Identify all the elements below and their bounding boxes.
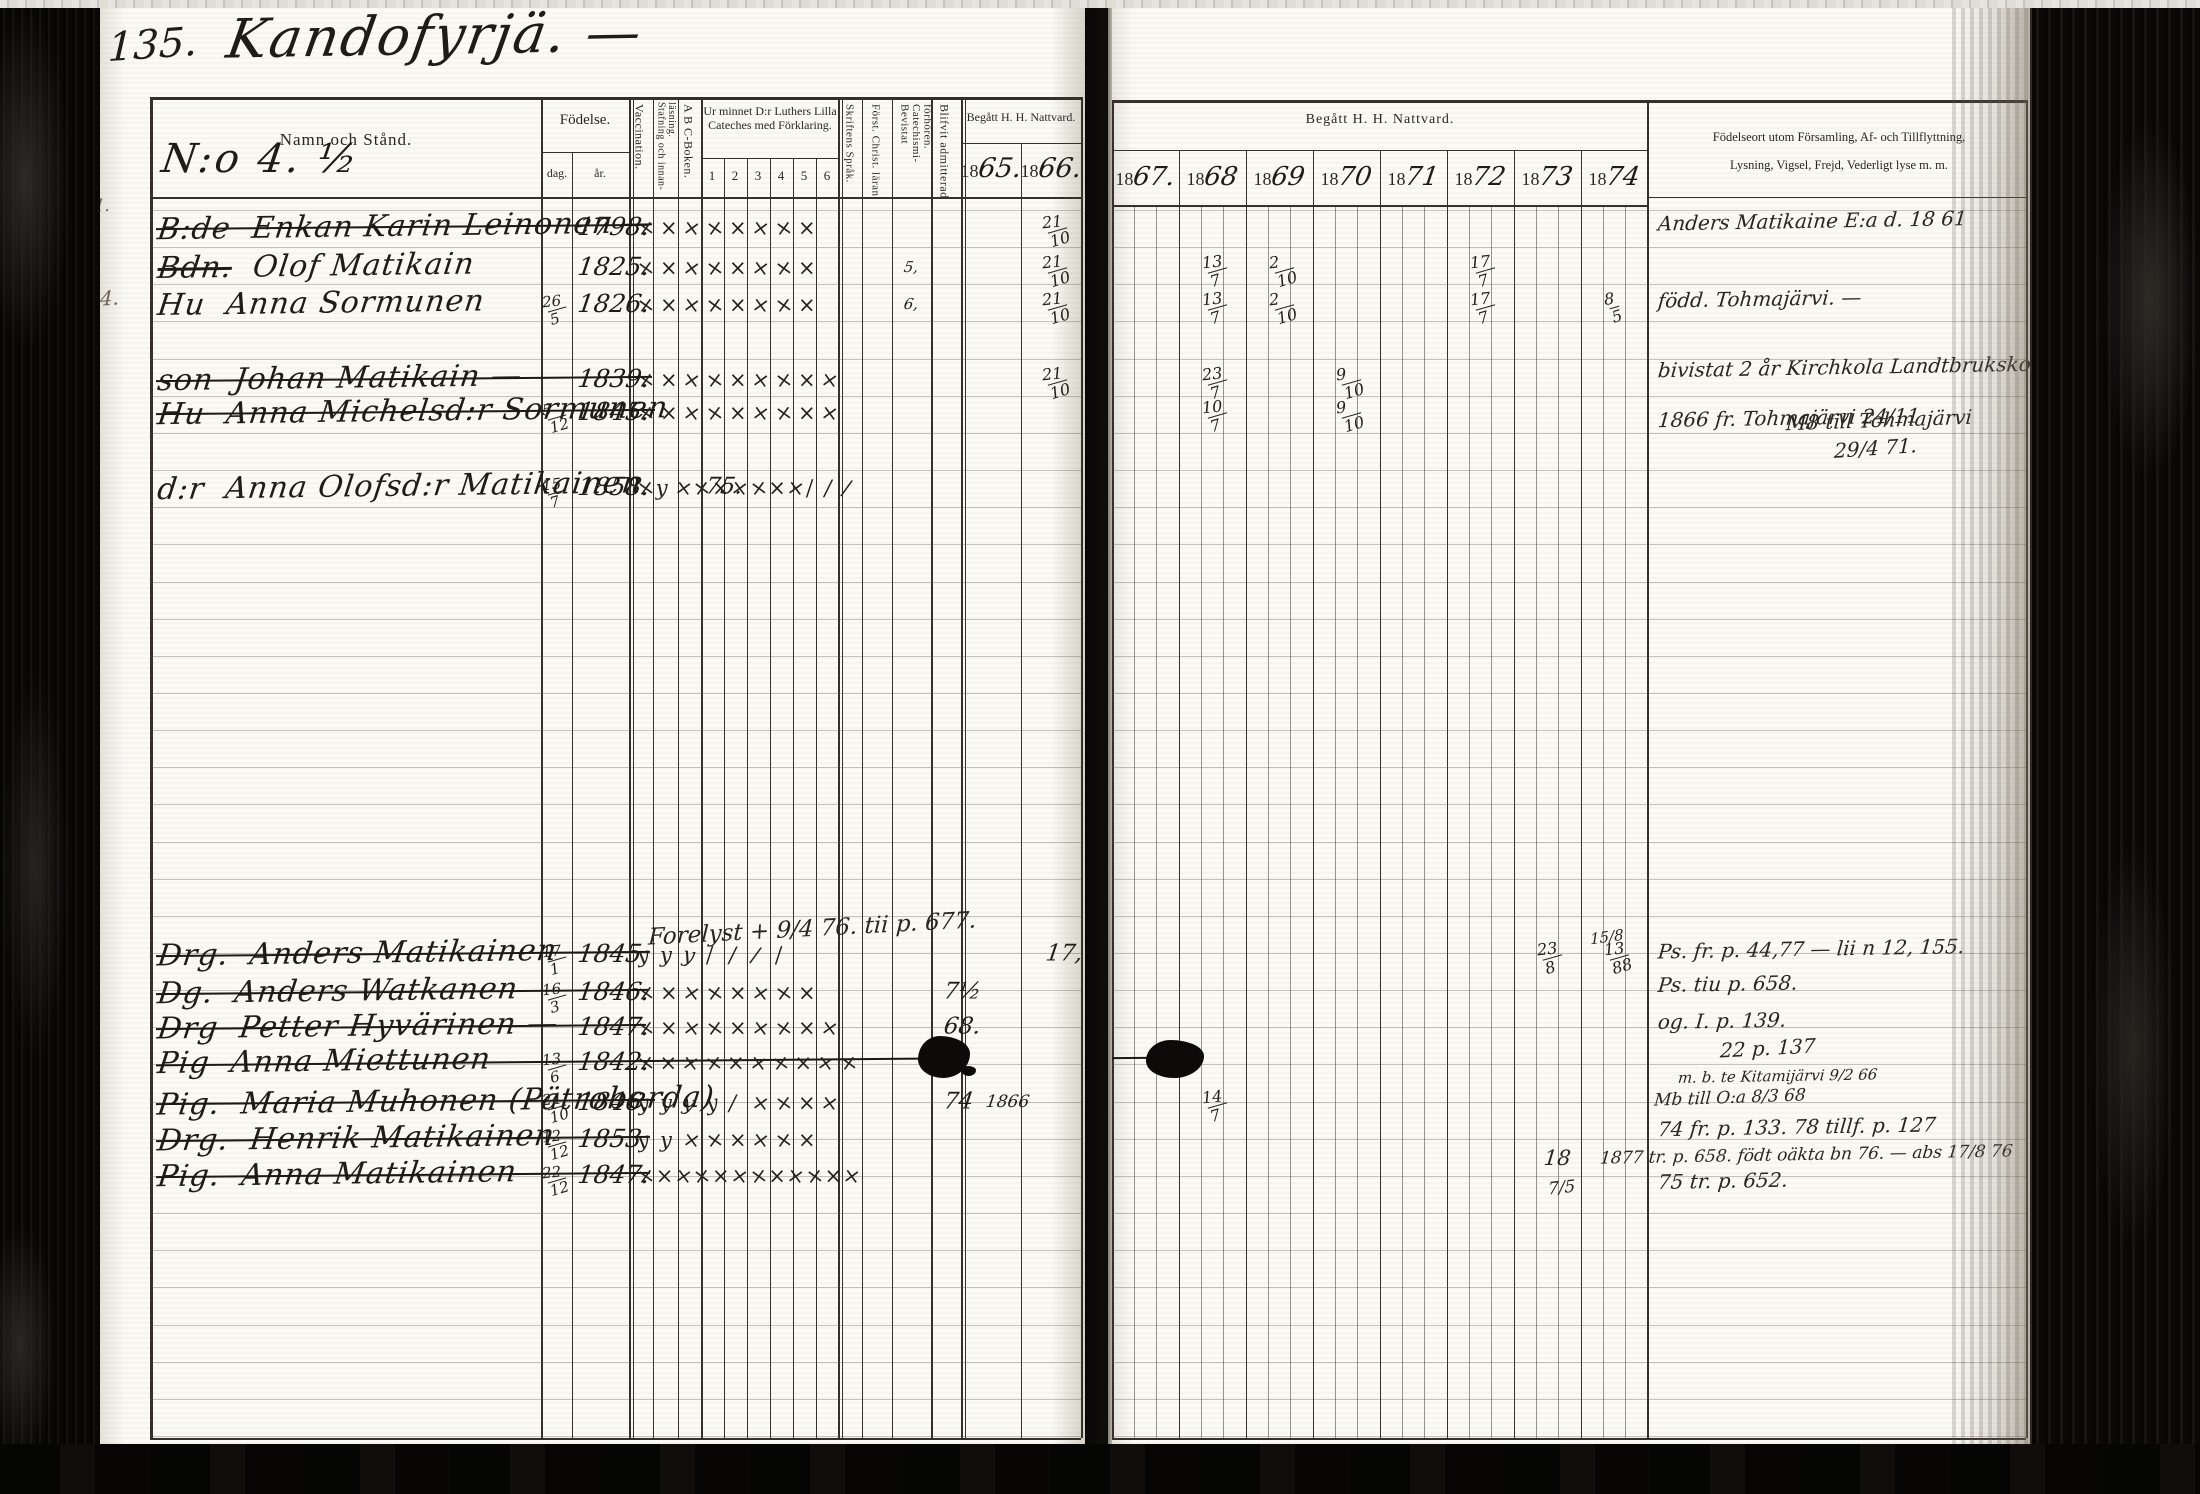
year-subcolumn-line: [1290, 205, 1291, 1438]
year-column-line: [1647, 100, 1649, 1438]
book-gutter: [1085, 0, 1112, 1494]
progress-mark: ×: [773, 215, 794, 241]
ruled-line: [150, 1325, 1081, 1326]
header-line: [1112, 1438, 2026, 1440]
progress-mark: ×: [773, 255, 794, 281]
header-line: [1112, 205, 1647, 207]
progress-mark: ×: [704, 292, 725, 318]
ruled-line: [1112, 730, 2026, 731]
column-line: [1021, 143, 1022, 1438]
progress-mark: ×: [798, 1016, 816, 1040]
progress-mark: ×: [660, 981, 678, 1005]
header-line: [150, 197, 1081, 199]
handwritten-fraction: 171: [544, 943, 566, 977]
progress-mark: ×: [750, 255, 771, 281]
ruled-line: [150, 359, 1081, 360]
ruled-line: [150, 321, 1081, 322]
progress-mark: ×: [768, 1164, 786, 1188]
progress-mark: ×: [635, 1015, 656, 1041]
progress-mark: ×: [798, 401, 816, 425]
year-column-line: [1581, 150, 1582, 1438]
handwritten-fraction: 136: [544, 1051, 566, 1085]
progress-mark: ×: [798, 981, 816, 1005]
floating-annotation: 22 p. 137: [1719, 1033, 1816, 1062]
year-label: 1873: [1521, 162, 1572, 192]
progress-mark: ×: [635, 400, 656, 426]
communion-entry: 7½: [942, 979, 983, 1005]
ruled-line: [150, 693, 1081, 694]
birth-year: 1853: [576, 1124, 644, 1153]
communion-entry: 74: [942, 1089, 975, 1115]
progress-mark: ×: [704, 367, 725, 393]
ruled-line: [1112, 619, 2026, 620]
year-label: 1870: [1320, 162, 1371, 192]
year-subcolumn-line: [1558, 205, 1559, 1438]
ruled-line: [150, 1436, 1081, 1437]
progress-mark: ×: [798, 368, 816, 392]
handwritten-fraction: 2110: [1044, 365, 1068, 401]
handwritten-fraction: 910: [1338, 398, 1362, 434]
column-line: [724, 158, 725, 1438]
progress-mark: ×: [635, 255, 656, 281]
progress-mark: ×: [798, 293, 816, 317]
handwritten-fraction: 157: [544, 476, 566, 510]
year-label: 1868: [1186, 162, 1237, 192]
progress-mark: ×: [750, 1015, 771, 1041]
ruled-line: [150, 247, 1081, 248]
progress-mark: ×: [768, 476, 786, 500]
handwritten-fraction: 210: [1271, 253, 1295, 289]
progress-mark: ×: [635, 292, 656, 318]
progress-mark: ×: [727, 1051, 745, 1075]
progress-mark: ×: [729, 401, 747, 425]
col-header-birth-year: år.: [594, 166, 606, 181]
ruled-line: [1112, 1213, 2026, 1214]
ruled-line: [1112, 1325, 2026, 1326]
year-label: 1869: [1253, 162, 1304, 192]
marginal-note: född. Tohmajärvi. —: [1657, 285, 1863, 313]
marginal-note: 75 tr. p. 652.: [1657, 1168, 1789, 1194]
progress-mark: ×: [660, 401, 678, 425]
col-header-scripture: Skriftens Språk.: [843, 104, 855, 200]
progress-mark: ×: [680, 1050, 701, 1076]
progress-mark: ×: [660, 368, 678, 392]
progress-mark: ×: [681, 1127, 702, 1153]
progress-mark: ×: [729, 981, 747, 1005]
col-header-name: Namn och Stånd.: [280, 130, 413, 150]
progress-mark: ×: [770, 1050, 791, 1076]
ruled-line: [1112, 247, 2026, 248]
year-column-line: [1447, 150, 1448, 1438]
progress-mark: ×: [729, 368, 747, 392]
year-label: 1865.: [961, 153, 1022, 184]
col-header-admitted: Blifvit admitterad: [938, 104, 951, 200]
ruled-line: [1112, 1399, 2026, 1400]
torn-right-edge: [2032, 0, 2200, 1494]
ruled-line: [1112, 879, 2026, 880]
handwritten-fraction: 1212: [544, 1128, 566, 1162]
progress-mark: ×: [704, 215, 725, 241]
progress-mark: ×: [660, 256, 678, 280]
luther-col-number: 2: [732, 168, 739, 184]
progress-mark: ×: [748, 1163, 769, 1189]
column-line: [572, 152, 573, 1438]
progress-mark: ×: [704, 980, 725, 1006]
handwritten-fraction: 177: [1472, 253, 1496, 289]
ruled-line: [1112, 1139, 2026, 1140]
progress-mark: ×: [660, 1051, 678, 1075]
floating-annotation: 7/5: [1548, 1177, 1575, 1200]
progress-mark: ×: [825, 1164, 843, 1188]
progress-mark: y: [656, 476, 668, 500]
ruled-line: [150, 544, 1081, 545]
ruled-line: [1112, 804, 2026, 805]
ruled-line: [150, 507, 1081, 508]
col-header-vaccination: Vaccination.: [633, 104, 646, 200]
progress-mark: ×: [773, 980, 794, 1006]
progress-mark: ×: [750, 980, 771, 1006]
year-column-line: [1380, 150, 1381, 1438]
progress-mark: ×: [750, 1090, 771, 1116]
progress-mark: ×: [681, 400, 702, 426]
ruled-line: [1112, 1027, 2026, 1028]
ruled-line: [1112, 396, 2026, 397]
progress-mark: ×: [819, 1015, 840, 1041]
page-number: 135.: [107, 19, 198, 71]
ruled-line: [1112, 1064, 2026, 1065]
ruled-line: [150, 619, 1081, 620]
handwritten-fraction: 2110: [1044, 290, 1068, 326]
table-row-name: Bdn. Olof Matikain: [155, 247, 476, 286]
progress-mark: ×: [798, 256, 816, 280]
handwritten-fraction: 147: [1204, 1088, 1228, 1124]
progress-mark: ×: [750, 367, 771, 393]
progress-mark: /: [729, 1091, 736, 1115]
progress-mark: ×: [819, 1090, 840, 1116]
progress-mark: ×: [804, 1163, 825, 1189]
ruled-line: [150, 1287, 1081, 1288]
progress-mark: ×: [838, 1050, 859, 1076]
handwritten-fraction: 210: [1271, 290, 1295, 326]
year-subcolumn-line: [1201, 205, 1202, 1438]
column-line: [793, 158, 794, 1438]
communion-entry: 1866: [985, 1092, 1031, 1112]
year-label: 1872: [1454, 162, 1505, 192]
year-column-line: [1112, 100, 1114, 1438]
marginal-note: og. I. p. 139.: [1657, 1008, 1787, 1034]
ruled-line: [150, 1362, 1081, 1363]
progress-mark: y: [660, 1091, 672, 1115]
progress-mark: ×: [729, 216, 747, 240]
ruled-line: [1112, 470, 2026, 471]
progress-mark: ×: [773, 1127, 794, 1153]
year-subcolumn-line: [1536, 205, 1537, 1438]
progress-mark: ×: [748, 1050, 769, 1076]
column-line: [1081, 97, 1083, 1438]
page-title: Kandofyrjä. —: [222, 0, 647, 70]
progress-mark: ×: [635, 1163, 656, 1189]
ruled-line: [150, 433, 1081, 434]
col-header-birth-day: dag.: [547, 166, 567, 181]
year-subcolumn-line: [1491, 205, 1492, 1438]
page-edge-texture: [1952, 8, 2032, 1444]
progress-mark: ×: [704, 1015, 725, 1041]
ruled-line: [1112, 433, 2026, 434]
ruled-line: [150, 804, 1081, 805]
col-header-notes-line1: Födelseort utom Församling, Af- och Till…: [1713, 130, 1965, 145]
progress-mark: ×: [815, 1050, 836, 1076]
progress-mark: ×: [660, 293, 678, 317]
communion-entry: 6,: [903, 295, 920, 313]
marginal-note: 74 fr. p. 133. 78 tillf. p. 127: [1657, 1112, 1937, 1141]
handwritten-fraction: 237: [1204, 365, 1228, 401]
progress-mark: ×: [704, 1127, 725, 1153]
year-column-line: [1313, 150, 1314, 1438]
ruled-line: [150, 1399, 1081, 1400]
progress-mark: ×: [635, 1050, 656, 1076]
progress-mark: ×: [819, 367, 840, 393]
progress-mark: ×: [681, 1015, 702, 1041]
ruled-line: [1112, 1250, 2026, 1251]
progress-mark: ×: [635, 215, 656, 241]
progress-mark: ×: [660, 1016, 678, 1040]
year-label: 1867.: [1115, 162, 1174, 192]
communion-entry: 17,: [1044, 941, 1084, 967]
birth-year: 1845: [576, 939, 644, 968]
scanned-parish-register-spread: 135. Kandofyrjä. — N:o 4. ½ Namn och Stå…: [0, 0, 2200, 1494]
progress-mark: /: [729, 943, 736, 967]
ruled-line: [1112, 990, 2026, 991]
table-row-name: d:r Anna Olofsd:r Matikainen: [155, 465, 644, 507]
ruled-line: [1112, 916, 2026, 917]
year-subcolumn-line: [1335, 205, 1336, 1438]
handwritten-fraction: 512: [544, 401, 566, 435]
year-subcolumn-line: [1469, 205, 1470, 1438]
header-line: [961, 143, 1081, 144]
progress-mark: ×: [704, 255, 725, 281]
progress-mark: ×: [660, 216, 678, 240]
year-label: 1874: [1588, 162, 1639, 192]
ruled-line: [150, 730, 1081, 731]
progress-mark: ×: [729, 1163, 750, 1189]
progress-mark: /: [825, 476, 832, 500]
handwritten-fraction: 265: [544, 293, 566, 327]
progress-mark: ×: [750, 292, 771, 318]
year-label: 1866.: [1021, 153, 1082, 184]
ruled-line: [1112, 1436, 2026, 1437]
ruled-line: [1112, 321, 2026, 322]
progress-mark: ×: [656, 1164, 674, 1188]
header-line: [150, 1438, 1081, 1440]
floating-annotation: 18: [1543, 1146, 1572, 1170]
handwritten-fraction: 2110: [1044, 253, 1068, 289]
progress-mark: ×: [635, 980, 656, 1006]
marginal-note: Ps. tiu p. 658.: [1657, 971, 1799, 997]
progress-mark: ×: [729, 256, 747, 280]
communion-entry: 5,: [903, 258, 920, 276]
progress-mark: ×: [729, 1016, 747, 1040]
handwritten-fraction: 177: [1472, 290, 1496, 326]
progress-mark: ×: [819, 400, 840, 426]
col-header-christianity: Först. Christ. läran.: [869, 104, 881, 200]
col-header-birth: Födelse.: [560, 112, 610, 129]
year-subcolumn-line: [1156, 205, 1157, 1438]
progress-mark: ×: [773, 367, 794, 393]
column-line: [770, 158, 771, 1438]
ruled-line: [150, 582, 1081, 583]
progress-mark: ×: [729, 1128, 747, 1152]
col-header-catechism-meetings: Bevistat Catechismi-förhören.: [898, 104, 928, 200]
progress-mark: ×: [635, 367, 656, 393]
year-column-line: [1514, 150, 1515, 1438]
progress-mark: ×: [785, 1163, 806, 1189]
communion-entry: 75.: [704, 474, 744, 500]
year-subcolumn-line: [1603, 205, 1604, 1438]
luther-col-number: 4: [778, 168, 785, 184]
torn-left-edge: [0, 0, 100, 1494]
progress-mark: ×: [681, 367, 702, 393]
column-line: [747, 158, 748, 1438]
progress-mark: ×: [773, 1090, 794, 1116]
progress-mark: ×: [681, 255, 702, 281]
handwritten-fraction: 910: [1338, 365, 1362, 401]
year-subcolumn-line: [1625, 205, 1626, 1438]
header-line: [1112, 150, 1647, 151]
progress-mark: ×: [748, 475, 769, 501]
ruled-line: [1112, 507, 2026, 508]
col-header-abc-book: A B C-Boken.: [682, 104, 695, 200]
year-subcolumn-line: [1134, 205, 1135, 1438]
top-edge: [0, 0, 2200, 8]
ruled-line: [1112, 842, 2026, 843]
header-line: [1112, 100, 2026, 103]
ruled-line: [150, 1250, 1081, 1251]
year-subcolumn-line: [1424, 205, 1425, 1438]
ruled-line: [1112, 693, 2026, 694]
torn-bottom-edge: [0, 1444, 2200, 1494]
ruled-line: [1112, 544, 2026, 545]
column-line: [816, 158, 817, 1438]
header-line: [701, 158, 838, 159]
progress-mark: ×: [681, 980, 702, 1006]
progress-mark: ×: [773, 292, 794, 318]
year-column-line: [1246, 150, 1247, 1438]
col-header-luther: Ur minnet D:r Luthers Lilla Cateches med…: [703, 104, 837, 133]
progress-mark: ×: [785, 475, 806, 501]
col-header-spelling: Stafning och innan-läsning.: [655, 102, 676, 198]
ruled-line: [150, 879, 1081, 880]
ruled-line: [1112, 284, 2026, 285]
luther-col-number: 1: [709, 168, 716, 184]
col-header-communion-left: Begått H. H. Nattvard.: [967, 110, 1076, 125]
ruled-line: [1112, 582, 2026, 583]
progress-mark: ×: [773, 400, 794, 426]
ruled-line: [150, 842, 1081, 843]
progress-mark: ×: [704, 400, 725, 426]
progress-mark: ×: [750, 1127, 771, 1153]
progress-mark: ×: [798, 1128, 816, 1152]
header-line: [150, 97, 1081, 100]
ruled-line: [1112, 656, 2026, 657]
progress-mark: ×: [773, 1015, 794, 1041]
year-label: 1871: [1387, 162, 1438, 192]
ruled-line: [150, 767, 1081, 768]
year-subcolumn-line: [1268, 205, 1269, 1438]
progress-mark: ×: [750, 400, 771, 426]
ruled-line: [150, 1213, 1081, 1214]
luther-col-number: 5: [801, 168, 808, 184]
progress-mark: ×: [798, 1091, 816, 1115]
ruled-line: [1112, 1362, 2026, 1363]
handwritten-fraction: 2110: [1044, 213, 1068, 249]
year-column-line: [1179, 150, 1180, 1438]
floating-annotation: 4.: [100, 285, 120, 310]
handwritten-fraction: 107: [1204, 398, 1228, 434]
ruled-line: [150, 656, 1081, 657]
progress-mark: ×: [798, 216, 816, 240]
header-line: [541, 152, 629, 153]
table-row-name: Hu Anna Sormunen: [155, 283, 486, 323]
handwritten-fraction: 238: [1539, 940, 1563, 976]
progress-mark: ×: [750, 215, 771, 241]
ruled-line: [150, 284, 1081, 285]
handwritten-fraction: 137: [1204, 290, 1228, 326]
luther-col-number: 3: [755, 168, 762, 184]
progress-mark: ×: [729, 293, 747, 317]
ruled-line: [1112, 1102, 2026, 1103]
year-subcolumn-line: [1402, 205, 1403, 1438]
ruled-line: [1112, 1287, 2026, 1288]
luther-col-number: 6: [824, 168, 831, 184]
handwritten-fraction: 2212: [544, 1164, 566, 1198]
ruled-line: [1112, 767, 2026, 768]
progress-mark: y: [660, 1128, 672, 1152]
progress-mark: ×: [635, 475, 656, 501]
col-header-communion-right: Begått H. H. Nattvard.: [1306, 112, 1455, 128]
progress-mark: ×: [681, 292, 702, 318]
progress-mark: ×: [795, 1051, 813, 1075]
marginal-note: m. b. te Kitamijärvi 9/2 66: [1677, 1065, 1878, 1087]
handwritten-fraction: 137: [1204, 253, 1228, 289]
progress-mark: ×: [712, 1164, 730, 1188]
progress-mark: ×: [681, 215, 702, 241]
progress-mark: ×: [703, 1050, 724, 1076]
col-header-notes-line2: Lysning, Vigsel, Frejd, Vederligt lyse m…: [1730, 158, 1948, 173]
